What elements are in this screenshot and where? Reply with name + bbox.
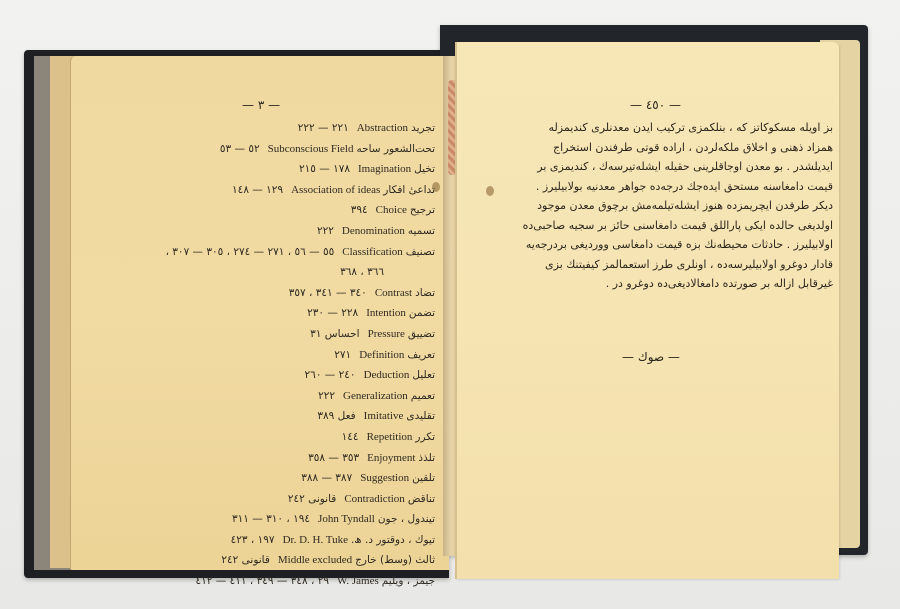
- index-pages: ٥٢ — ٥٣: [220, 139, 260, 160]
- index-ottoman-term: تخیل: [414, 159, 435, 180]
- index-ottoman-term: تیندول ، جون: [378, 509, 435, 530]
- index-pages: قانونی ٢٤٢: [221, 550, 270, 571]
- index-entry: ٢٢١ — ٢٢٢Abstractionتجرید: [75, 118, 435, 139]
- index-english-term: Enjoyment: [367, 448, 415, 469]
- index-pages: ٣٦٦ ، ٣٦٨: [340, 262, 384, 283]
- index-english-term: Contradiction: [344, 489, 405, 510]
- index-entry: ١٩٤ ، ٣١٠ — ٣١١John Tyndallتیندول ، جون: [75, 509, 435, 530]
- index-pages: ٢٢٨ — ٢٣٠: [307, 303, 358, 324]
- prose-line: اولابیلیرز . حادثات محیطه‌نك بزه قیمت دا…: [515, 235, 833, 255]
- index-pages: ١٧٨ — ٢١٥: [299, 159, 350, 180]
- index-english-term: Subconscious Field: [268, 139, 354, 160]
- index-ottoman-term: جیمز ، ویلیم: [382, 571, 435, 592]
- index-ottoman-term: ثالث (وسط) خارج: [355, 550, 435, 571]
- index-english-term: Suggestion: [360, 468, 409, 489]
- index-entry: ٥٢ — ٥٣Subconscious Fieldتحت‌الشعور ساحه: [75, 139, 435, 160]
- index-ottoman-term: تعریف: [407, 345, 435, 366]
- index-pages: ٢٤٠ — ٢٦٠: [305, 365, 356, 386]
- index-english-term: Abstraction: [357, 118, 408, 139]
- index-entry: ٢٧١Definitionتعریف: [75, 345, 435, 366]
- index-english-term: Generalization: [343, 386, 408, 407]
- index-ottoman-term: تسمیه: [408, 221, 435, 242]
- index-pages: ١٩٤ ، ٣١٠ — ٣١١: [232, 509, 310, 530]
- index-english-term: Repetition: [367, 427, 413, 448]
- index-ottoman-term: تعلیل: [412, 365, 435, 386]
- index-english-term: Association of ideas: [291, 180, 380, 201]
- index-entry-continuation: ٣٦٦ ، ٣٦٨: [75, 262, 435, 283]
- index-list: ٢٢١ — ٢٢٢Abstractionتجرید ٥٢ — ٥٣Subcons…: [75, 118, 435, 592]
- index-entry: احساس ٣١Pressureتضییق: [75, 324, 435, 345]
- index-entry: فعل ٣٨٩Imitativeتقلیدی: [75, 406, 435, 427]
- index-pages: قانونی ٢٤٢: [288, 489, 337, 510]
- index-english-term: Denomination: [342, 221, 405, 242]
- index-ottoman-term: تحت‌الشعور ساحه: [356, 139, 435, 160]
- index-ottoman-term: تجرید: [411, 118, 435, 139]
- index-entry: قانونی ٢٤٢Middle excludedثالث (وسط) خارج: [75, 550, 435, 571]
- index-ottoman-term: تلقین: [412, 468, 435, 489]
- index-entry: ٢٩ ، ٣٤٨ — ٣٤٩ ، ٤١١ — ٤١٢W. Jamesجیمز ،…: [75, 571, 435, 592]
- index-ottoman-term: تضمن: [409, 303, 435, 324]
- index-pages: ٢٢١ — ٢٢٢: [298, 118, 349, 139]
- prose-line: قادار دوغرو اولابیلیر‌سه‌ده ، اونلری طرز…: [515, 255, 833, 275]
- index-entry: ٣٩٤Choiceترجیح: [75, 200, 435, 221]
- index-english-term: John Tyndall: [318, 509, 375, 530]
- index-ottoman-term: تضییق: [408, 324, 435, 345]
- index-ottoman-term: تصنیف: [406, 242, 435, 263]
- index-pages: ١٤٤: [342, 427, 359, 448]
- index-entry: ٣٥٣ — ٣٥٨Enjoymentتلذذ: [75, 448, 435, 469]
- prose-line: قیمت دامغاسنه مستحق ایده‌جك درجه‌ده جواه…: [515, 177, 833, 197]
- index-english-term: Definition: [359, 345, 404, 366]
- index-entry: ١٤٤Repetitionتكرر: [75, 427, 435, 448]
- index-english-term: Pressure: [368, 324, 405, 345]
- index-english-term: Dr. D. H. Tuke: [283, 530, 348, 551]
- index-ottoman-term: تلذذ: [418, 448, 435, 469]
- index-english-term: W. James: [337, 571, 379, 592]
- index-english-term: Imitative: [364, 406, 404, 427]
- index-ottoman-term: تكرر: [415, 427, 435, 448]
- index-pages: ١٢٩ — ١٤٨: [232, 180, 283, 201]
- index-pages: ٣٥٣ — ٣٥٨: [308, 448, 359, 469]
- index-entry: ٢٢٢Denominationتسمیه: [75, 221, 435, 242]
- index-ottoman-term: تیوك ، دوقتور د. ھ.: [351, 530, 435, 551]
- index-pages: ٢٧١: [334, 345, 351, 366]
- index-ottoman-term: ترجیح: [410, 200, 435, 221]
- index-ottoman-term: تقلیدی: [406, 406, 435, 427]
- index-entry: ١٩٧ ، ٤٢٣Dr. D. H. Tukeتیوك ، دوقتور د. …: [75, 530, 435, 551]
- index-pages: ٥٥ — ٥٦ ، ٢٧١ — ٢٧٤ ، ٣٠٥ — ٣٠٧ ،: [166, 242, 335, 263]
- prose-line: بز اویله مسكوكاتز كه ، بنلكمزی تركیب اید…: [515, 118, 833, 138]
- index-entry: ١٧٨ — ٢١٥Imaginationتخیل: [75, 159, 435, 180]
- index-english-term: Imagination: [358, 159, 411, 180]
- index-entry: ٣٨٧ — ٣٨٨Suggestionتلقین: [75, 468, 435, 489]
- prose-line: ایدیلشدر . بو معدن اوجاقلرینی حقیله ایشل…: [515, 157, 833, 177]
- index-pages: ٢٢٢: [317, 221, 334, 242]
- prose-line: همزاد ذهنی و اخلاق ملكه‌لردن ، اراده قوت…: [515, 138, 833, 158]
- index-pages: ٣٤٠ — ٣٤١ ، ٣٥٧: [289, 283, 367, 304]
- index-pages: احساس ٣١: [310, 324, 359, 345]
- index-entry: ٢٢٢Generalizationتعمیم: [75, 386, 435, 407]
- end-mark: — صوك —: [622, 350, 680, 364]
- index-ottoman-term: تناقض: [408, 489, 435, 510]
- index-english-term: Intention: [366, 303, 406, 324]
- index-english-term: Classification: [342, 242, 403, 263]
- index-pages: ١٩٧ ، ٤٢٣: [231, 530, 275, 551]
- index-entry: ٥٥ — ٥٦ ، ٢٧١ — ٢٧٤ ، ٣٠٥ — ٣٠٧ ،Classif…: [75, 242, 435, 263]
- right-page-number: — ٤٥٠ —: [630, 98, 681, 112]
- index-entry: قانونی ٢٤٢Contradictionتناقض: [75, 489, 435, 510]
- prose-line: اولدیغی حالده ایكی پاراللق قیمت دامغاسنی…: [515, 216, 833, 236]
- index-ottoman-term: تعمیم: [411, 386, 435, 407]
- prose-line: غیرقابل ازاله بر صورتده دامغالادیغی‌ده د…: [515, 274, 833, 294]
- index-english-term: Middle excluded: [278, 550, 352, 571]
- paper-stain: [486, 186, 494, 196]
- left-page-number: — ٣ —: [242, 98, 280, 112]
- index-ottoman-term: تداعیٔ افكار: [383, 180, 435, 201]
- index-entry: ١٢٩ — ١٤٨Association of ideasتداعیٔ افكا…: [75, 180, 435, 201]
- index-english-term: Deduction: [364, 365, 410, 386]
- index-entry: ٣٤٠ — ٣٤١ ، ٣٥٧Contrastتضاد: [75, 283, 435, 304]
- index-english-term: Contrast: [375, 283, 412, 304]
- prose-paragraph: بز اویله مسكوكاتز كه ، بنلكمزی تركیب اید…: [515, 118, 833, 294]
- prose-line: دیكر طرفدن ایچریمزده هنوز ایشله‌تیلمه‌مش…: [515, 196, 833, 216]
- index-pages: ٢٢٢: [318, 386, 335, 407]
- index-pages: ٣٩٤: [351, 200, 368, 221]
- index-pages: ٢٩ ، ٣٤٨ — ٣٤٩ ، ٤١١ — ٤١٢: [196, 571, 330, 592]
- index-entry: ٢٤٠ — ٢٦٠Deductionتعلیل: [75, 365, 435, 386]
- index-ottoman-term: تضاد: [415, 283, 435, 304]
- index-entry: ٢٢٨ — ٢٣٠Intentionتضمن: [75, 303, 435, 324]
- index-english-term: Choice: [376, 200, 407, 221]
- index-pages: فعل ٣٨٩: [317, 406, 355, 427]
- index-pages: ٣٨٧ — ٣٨٨: [301, 468, 352, 489]
